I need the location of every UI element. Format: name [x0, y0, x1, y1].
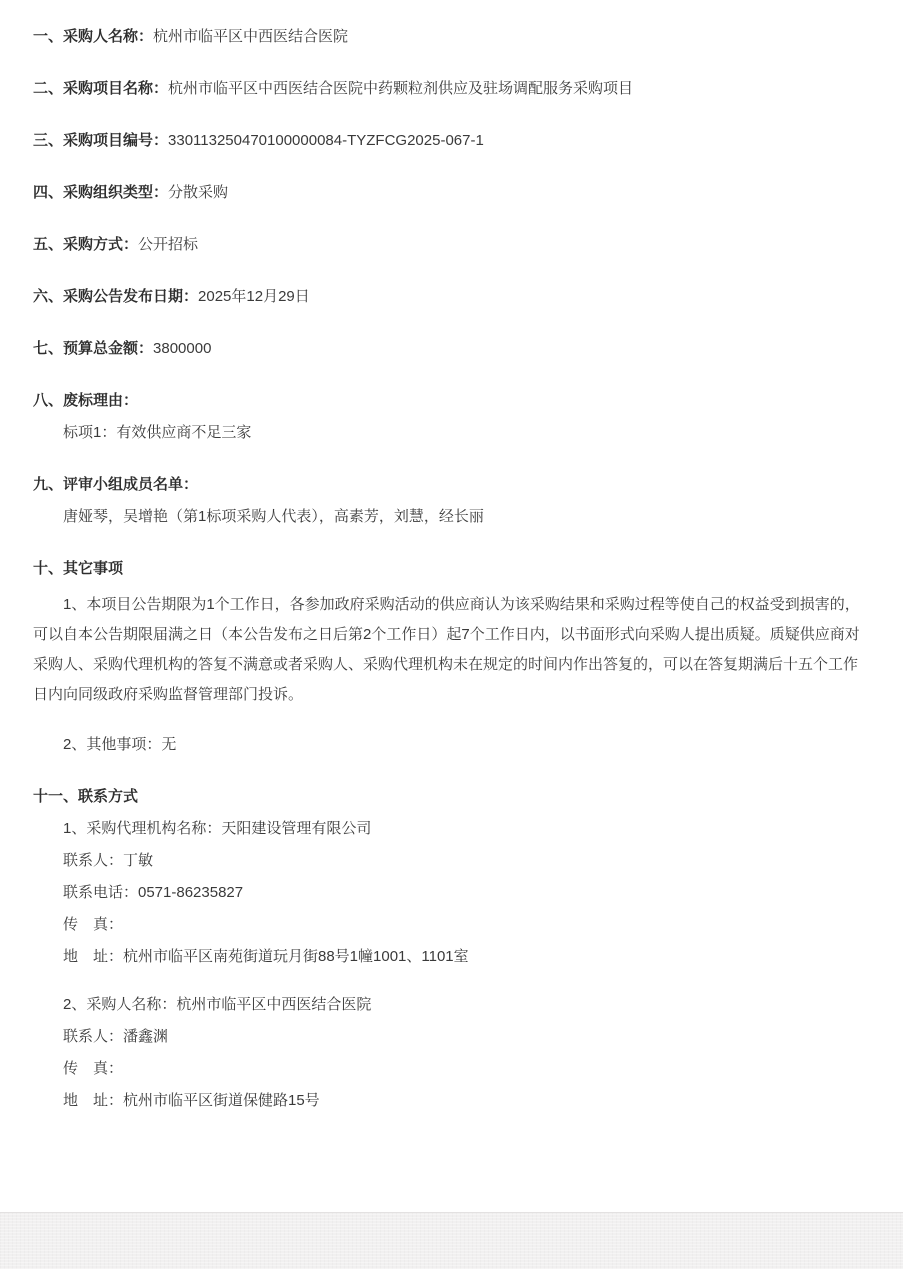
field-label: 一、采购人名称：: [33, 28, 153, 45]
section-heading-committee: 九、评审小组成员名单：: [33, 474, 870, 495]
field-row-procurement-method: 五、采购方式：公开招标: [33, 234, 870, 255]
field-label: 二、采购项目名称：: [33, 80, 168, 97]
agency-person-line: 联系人：丁敏: [33, 850, 870, 871]
field-value: 分散采购: [168, 184, 228, 201]
invalid-bid-detail: 标项1：有效供应商不足三家: [33, 422, 870, 443]
field-value: 3800000: [153, 340, 211, 357]
field-value: 公开招标: [138, 236, 198, 253]
committee-members: 唐娅琴，吴增艳（第1标项采购人代表），高素芳，刘慧，经长丽: [33, 506, 870, 527]
agency-fax-line: 传 真：: [33, 914, 870, 935]
field-label: 五、采购方式：: [33, 236, 138, 253]
field-label: 六、采购公告发布日期：: [33, 288, 198, 305]
purchaser-name-line: 2、采购人名称：杭州市临平区中西医结合医院: [33, 994, 870, 1015]
field-label: 七、预算总金额：: [33, 340, 153, 357]
section-heading-invalid-bid: 八、废标理由：: [33, 390, 870, 411]
field-row-project-number: 三、采购项目编号：330113250470100000084-TYZFCG202…: [33, 130, 870, 151]
agency-address-line: 地 址：杭州市临平区南苑街道玩月街88号1幢1001、1101室: [33, 946, 870, 967]
section-heading-contact: 十一、联系方式: [33, 786, 870, 807]
field-label: 三、采购项目编号：: [33, 132, 168, 149]
field-row-organization-type: 四、采购组织类型：分散采购: [33, 182, 870, 203]
page-footer: [0, 1212, 903, 1269]
purchaser-address-line: 地 址：杭州市临平区街道保健路15号: [33, 1090, 870, 1111]
contact-block-spacer: [33, 978, 870, 994]
field-value: 杭州市临平区中西医结合医院中药颗粒剂供应及驻场调配服务采购项目: [168, 80, 633, 97]
field-value: 杭州市临平区中西医结合医院: [153, 28, 348, 45]
agency-name-line: 1、采购代理机构名称：天阳建设管理有限公司: [33, 818, 870, 839]
section-heading-other-matters: 十、其它事项: [33, 558, 870, 579]
field-value: 330113250470100000084-TYZFCG2025-067-1: [168, 132, 484, 149]
field-label: 四、采购组织类型：: [33, 184, 168, 201]
purchaser-person-line: 联系人：潘鑫渊: [33, 1026, 870, 1047]
announcement-document: 一、采购人名称：杭州市临平区中西医结合医院 二、采购项目名称：杭州市临平区中西医…: [0, 0, 903, 1122]
field-row-budget-total: 七、预算总金额：3800000: [33, 338, 870, 359]
agency-phone-line: 联系电话：0571-86235827: [33, 882, 870, 903]
field-row-project-name: 二、采购项目名称：杭州市临平区中西医结合医院中药颗粒剂供应及驻场调配服务采购项目: [33, 78, 870, 99]
purchaser-fax-line: 传 真：: [33, 1058, 870, 1079]
other-matters-clause-2: 2、其他事项：无: [33, 734, 870, 755]
other-matters-clause-1: 1、本项目公告期限为1个工作日，各参加政府采购活动的供应商认为该采购结果和采购过…: [33, 590, 870, 710]
field-value: 2025年12月29日: [198, 288, 310, 305]
field-row-purchaser-name: 一、采购人名称：杭州市临平区中西医结合医院: [33, 26, 870, 47]
field-row-publish-date: 六、采购公告发布日期：2025年12月29日: [33, 286, 870, 307]
